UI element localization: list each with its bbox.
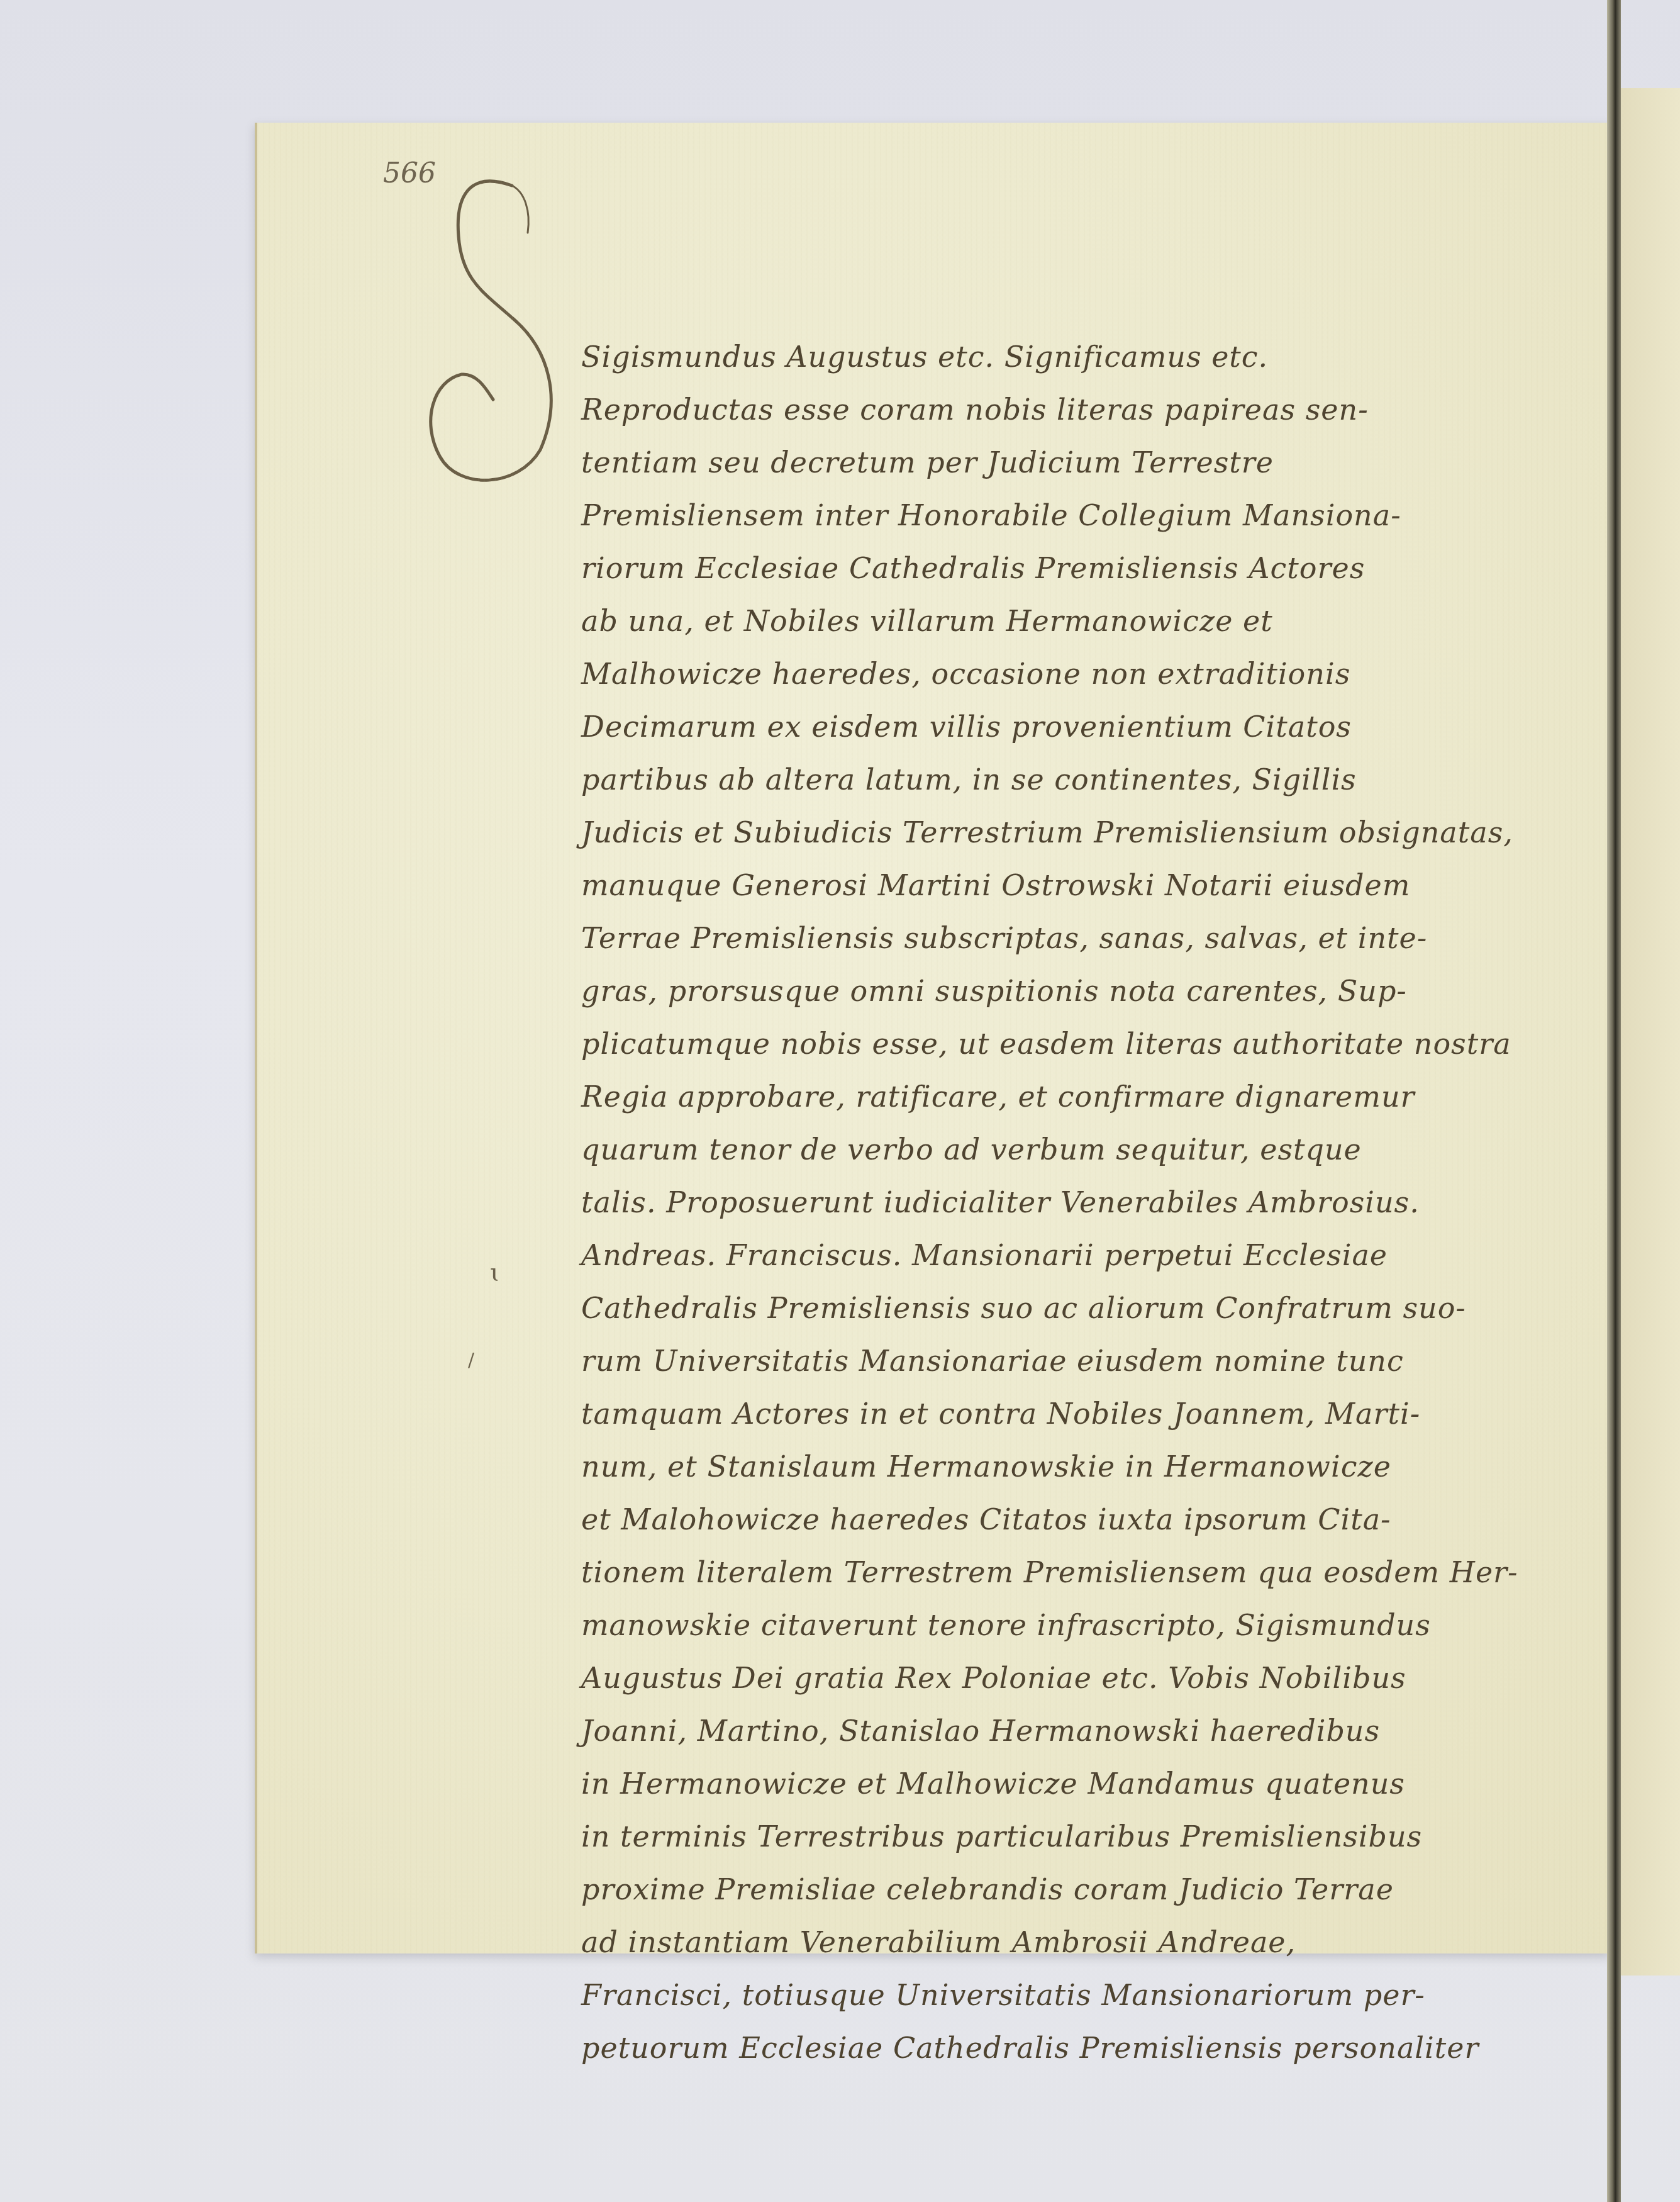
text-line: ab una, et Nobiles villarum Hermanowicze… (581, 595, 1588, 647)
margin-mark: ɩ (490, 1258, 500, 1287)
decorated-initial-s (399, 173, 600, 500)
text-line: Terrae Premisliensis subscriptas, sanas,… (581, 912, 1588, 964)
book-gutter (1607, 0, 1621, 2202)
text-line: Premisliensem inter Honorabile Collegium… (581, 489, 1588, 542)
text-line: Sigismundus Augustus etc. Significamus e… (581, 330, 1588, 383)
text-line: manowskie citaverunt tenore infrascripto… (581, 1599, 1588, 1651)
text-line: et Malohowicze haeredes Citatos iuxta ip… (581, 1493, 1588, 1546)
text-line: tionem literalem Terrestrem Premisliense… (581, 1546, 1588, 1599)
text-line: rum Universitatis Mansionariae eiusdem n… (581, 1334, 1588, 1387)
text-line: Andreas. Franciscus. Mansionarii perpetu… (581, 1229, 1588, 1282)
text-line: Augustus Dei gratia Rex Poloniae etc. Vo… (581, 1651, 1588, 1704)
text-line: Reproductas esse coram nobis literas pap… (581, 383, 1588, 436)
text-line: talis. Proposuerunt iudicialiter Venerab… (581, 1176, 1588, 1229)
text-line: tamquam Actores in et contra Nobiles Joa… (581, 1387, 1588, 1440)
text-line: ad instantiam Venerabilium Ambrosii Andr… (581, 1916, 1588, 1969)
manuscript-text: Sigismundus Augustus etc. Significamus e… (581, 330, 1588, 2074)
text-line: plicatumque nobis esse, ut easdem litera… (581, 1017, 1588, 1070)
text-line: num, et Stanislaum Hermanowskie in Herma… (581, 1440, 1588, 1493)
text-line: Judicis et Subiudicis Terrestrium Premis… (581, 806, 1588, 859)
bleed-through-text (19, 44, 258, 1302)
text-line: Decimarum ex eisdem villis provenientium… (581, 700, 1588, 753)
text-line: Cathedralis Premisliensis suo ac aliorum… (581, 1282, 1588, 1334)
manuscript-page: 566 Sigismundus Augustus etc. Significam… (255, 123, 1610, 1953)
text-line: in Hermanowicze et Malhowicze Mandamus q… (581, 1757, 1588, 1810)
text-line: Joanni, Martino, Stanislao Hermanowski h… (581, 1704, 1588, 1757)
text-line: manuque Generosi Martini Ostrowski Notar… (581, 859, 1588, 912)
facing-page-edge (1621, 88, 1680, 1976)
text-line: quarum tenor de verbo ad verbum sequitur… (581, 1123, 1588, 1176)
text-line: petuorum Ecclesiae Cathedralis Premislie… (581, 2021, 1588, 2074)
margin-mark: / (468, 1350, 474, 1372)
text-line: proxime Premisliae celebrandis coram Jud… (581, 1863, 1588, 1916)
text-line: Regia approbare, ratificare, et confirma… (581, 1070, 1588, 1123)
text-line: Francisci, totiusque Universitatis Mansi… (581, 1969, 1588, 2021)
text-line: tentiam seu decretum per Judicium Terres… (581, 436, 1588, 489)
text-line: in terminis Terrestribus particularibus … (581, 1810, 1588, 1863)
text-line: gras, prorsusque omni suspitionis nota c… (581, 964, 1588, 1017)
text-line: partibus ab altera latum, in se continen… (581, 753, 1588, 806)
text-line: Malhowicze haeredes, occasione non extra… (581, 647, 1588, 700)
text-line: riorum Ecclesiae Cathedralis Premisliens… (581, 542, 1588, 595)
